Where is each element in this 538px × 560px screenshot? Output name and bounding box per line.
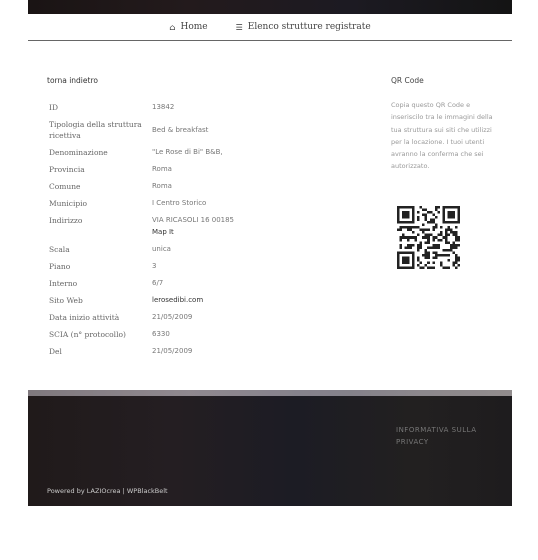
- detail-value: 21/05/2009: [152, 310, 192, 323]
- detail-value: unica: [152, 242, 171, 255]
- list-icon: ☰: [236, 23, 243, 32]
- detail-label: Tipologia della struttura ricettiva: [49, 117, 152, 141]
- detail-value: I Centro Storico: [152, 196, 206, 209]
- detail-value: Roma: [152, 162, 172, 175]
- detail-row-municipio: Municipio I Centro Storico: [49, 196, 289, 213]
- detail-row-comune: Comune Roma: [49, 179, 289, 196]
- nav-elenco-label: Elenco strutture registrate: [248, 22, 371, 32]
- qr-code-image: [397, 206, 460, 269]
- detail-value: Roma: [152, 179, 172, 192]
- footer: INFORMATIVA SULLA PRIVACY Powered by LAZ…: [28, 390, 512, 506]
- website-link[interactable]: lerosedibi.com: [152, 293, 203, 306]
- detail-row-provincia: Provincia Roma: [49, 162, 289, 179]
- detail-value: 21/05/2009: [152, 344, 192, 357]
- detail-label: Denominazione: [49, 145, 152, 158]
- detail-row-scala: Scala unica: [49, 242, 289, 259]
- main-nav: ⌂ Home ☰ Elenco strutture registrate: [28, 14, 512, 41]
- detail-row-del: Del 21/05/2009: [49, 344, 289, 361]
- detail-row-interno: Interno 6/7: [49, 276, 289, 293]
- detail-value: Bed & breakfast: [152, 117, 208, 136]
- detail-label: Interno: [49, 276, 152, 289]
- home-icon: ⌂: [169, 23, 175, 32]
- header-banner: [28, 0, 512, 14]
- detail-row-tipologia: Tipologia della struttura ricettiva Bed …: [49, 117, 289, 145]
- detail-label: Scala: [49, 242, 152, 255]
- detail-value: 6330: [152, 327, 170, 340]
- privacy-link[interactable]: INFORMATIVA SULLA PRIVACY: [396, 424, 486, 448]
- structure-details: ID 13842 Tipologia della struttura ricet…: [49, 100, 289, 361]
- detail-label: Provincia: [49, 162, 152, 175]
- detail-label: Sito Web: [49, 293, 152, 306]
- detail-label: Comune: [49, 179, 152, 192]
- map-it-link[interactable]: Map It: [152, 227, 234, 238]
- detail-row-denominazione: Denominazione "Le Rose di Bi" B&B,: [49, 145, 289, 162]
- detail-row-data-inizio: Data inizio attività 21/05/2009: [49, 310, 289, 327]
- address-value: VIA RICASOLI 16 00185: [152, 216, 234, 224]
- detail-label: ID: [49, 100, 152, 113]
- detail-label: Indirizzo: [49, 213, 152, 226]
- qr-title: QR Code: [391, 76, 424, 85]
- detail-row-indirizzo: Indirizzo VIA RICASOLI 16 00185 Map It: [49, 213, 289, 242]
- qr-description: Copia questo QR Code e inseriscilo tra l…: [391, 99, 503, 173]
- detail-label: Del: [49, 344, 152, 357]
- detail-row-piano: Piano 3: [49, 259, 289, 276]
- detail-row-sito-web: Sito Web lerosedibi.com: [49, 293, 289, 310]
- detail-value-wrap: VIA RICASOLI 16 00185 Map It: [152, 213, 234, 238]
- detail-row-scia: SCIA (n° protocollo) 6330: [49, 327, 289, 344]
- detail-row-id: ID 13842: [49, 100, 289, 117]
- nav-home[interactable]: ⌂ Home: [169, 22, 207, 32]
- nav-home-label: Home: [180, 22, 207, 32]
- footer-divider: [28, 390, 512, 396]
- powered-by: Powered by LAZIOcrea | WPBlackBelt: [47, 487, 168, 495]
- detail-label: Data inizio attività: [49, 310, 152, 323]
- detail-label: Piano: [49, 259, 152, 272]
- detail-value: 6/7: [152, 276, 163, 289]
- detail-label: SCIA (n° protocollo): [49, 327, 152, 340]
- detail-value: 3: [152, 259, 156, 272]
- back-link[interactable]: torna indietro: [47, 76, 98, 85]
- detail-label: Municipio: [49, 196, 152, 209]
- nav-elenco-strutture[interactable]: ☰ Elenco strutture registrate: [236, 22, 371, 32]
- detail-value: "Le Rose di Bi" B&B,: [152, 145, 223, 158]
- detail-value: 13842: [152, 100, 174, 113]
